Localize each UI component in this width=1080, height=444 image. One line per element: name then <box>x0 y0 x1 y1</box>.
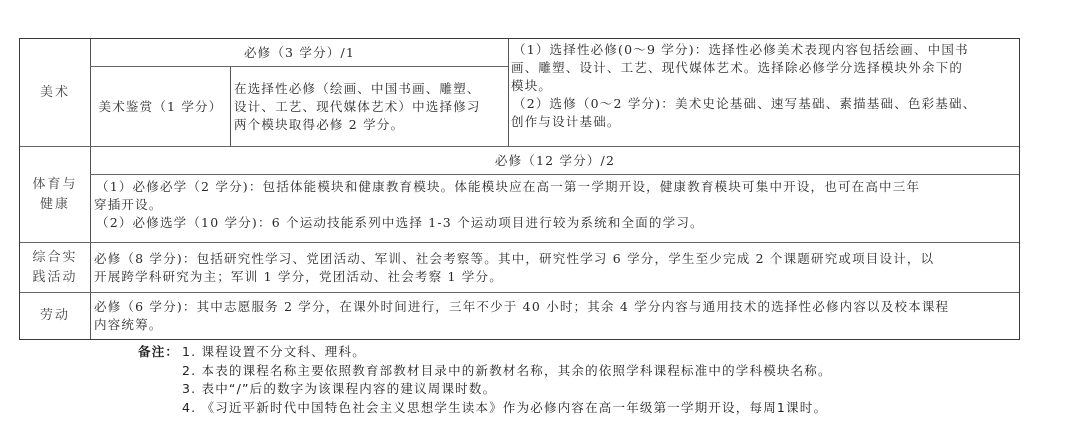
text-line: （1）必修必学（2 学分)：包括体能模块和健康教育模块。体能模块应在高一第一学期… <box>94 178 1017 196</box>
subject-line: 健康 <box>40 195 70 215</box>
text-line: 穿插开设。 <box>94 196 1017 214</box>
note-item: 3. 表中“/”后的数字为该课程内容的建议周课时数。 <box>182 380 832 399</box>
practice-detail: 必修（8 学分)：包括研究性学习、党团活动、军训、社会考察等。其中，研究性学习 … <box>91 243 1019 292</box>
text-line: 模块。 <box>511 77 1017 95</box>
row-divider <box>90 174 1019 175</box>
text-line: 设计、工艺、现代媒体艺术）中选择修习 <box>234 98 506 116</box>
note-item: 2. 本表的课程名称主要依照教育部教材目录中的新教材名称，其余的依照学科课程标准… <box>182 362 832 381</box>
text-line: 必修（6 学分)：其中志愿服务 2 学分，在课外时间进行，三年不少于 40 小时… <box>94 298 1017 316</box>
subject-pe-health: 体育与 健康 <box>20 147 90 242</box>
subject-line: 综合实 <box>32 248 77 268</box>
art-required-detail: 在选择性必修（绘画、中国书画、雕塑、 设计、工艺、现代媒体艺术）中选择修习 两个… <box>231 67 508 146</box>
subject-line: 践活动 <box>32 268 77 288</box>
text-line: （1）选择性必修(0～9 学分)：选择性必修美术表现内容包括绘画、中国书 <box>511 41 1017 59</box>
text-line: 画、雕塑、设计、工艺、现代媒体艺术。选择除必修学分选择模块外余下的 <box>511 59 1017 77</box>
art-required-header: 必修（3 学分）/1 <box>91 39 508 66</box>
curriculum-table: 美术 必修（3 学分）/1 美术鉴赏（1 学分） 在选择性必修（绘画、中国书画、… <box>19 38 1020 340</box>
pe-required-header: 必修（12 学分）/2 <box>91 147 1019 174</box>
notes-label: 备注： <box>138 343 182 362</box>
subject-art: 美术 <box>20 39 90 146</box>
text-line: 两个模块取得必修 2 学分。 <box>234 116 506 134</box>
art-required-module: 美术鉴赏（1 学分） <box>91 67 230 146</box>
notes-section: 备注： 1. 课程设置不分文科、理科。 2. 本表的课程名称主要依照教育部教材目… <box>138 343 832 417</box>
text-line: 内容统筹。 <box>94 316 1017 334</box>
note-item: 4. 《习近平新时代中国特色社会主义思想学生读本》作为必修内容在高一年级第一学期… <box>182 399 832 418</box>
subject-comprehensive-practice: 综合实 践活动 <box>20 243 90 292</box>
text-line: 创作与设计基础。 <box>511 113 1017 131</box>
note-item: 1. 课程设置不分文科、理科。 <box>182 343 366 362</box>
text-line: 在选择性必修（绘画、中国书画、雕塑、 <box>234 80 506 98</box>
text-line: （2）必修选学（10 学分)：6 个运动技能系列中选择 1-3 个运动项目进行较… <box>94 214 1017 232</box>
subject-line: 体育与 <box>32 175 77 195</box>
art-elective-detail: （1）选择性必修(0～9 学分)：选择性必修美术表现内容包括绘画、中国书 画、雕… <box>509 41 1019 146</box>
text-line: （2）选修（0～2 学分)：美术史论基础、速写基础、素描基础、色彩基础、 <box>511 95 1017 113</box>
labor-detail: 必修（6 学分)：其中志愿服务 2 学分，在课外时间进行，三年不少于 40 小时… <box>91 293 1019 339</box>
text-line: 开展跨学科研究为主；军训 1 学分，党团活动、社会考察 1 学分。 <box>94 268 1017 286</box>
subject-labor: 劳动 <box>20 293 90 339</box>
pe-detail: （1）必修必学（2 学分)：包括体能模块和健康教育模块。体能模块应在高一第一学期… <box>91 178 1019 242</box>
text-line: 必修（8 学分)：包括研究性学习、党团活动、军训、社会考察等。其中，研究性学习 … <box>94 250 1017 268</box>
